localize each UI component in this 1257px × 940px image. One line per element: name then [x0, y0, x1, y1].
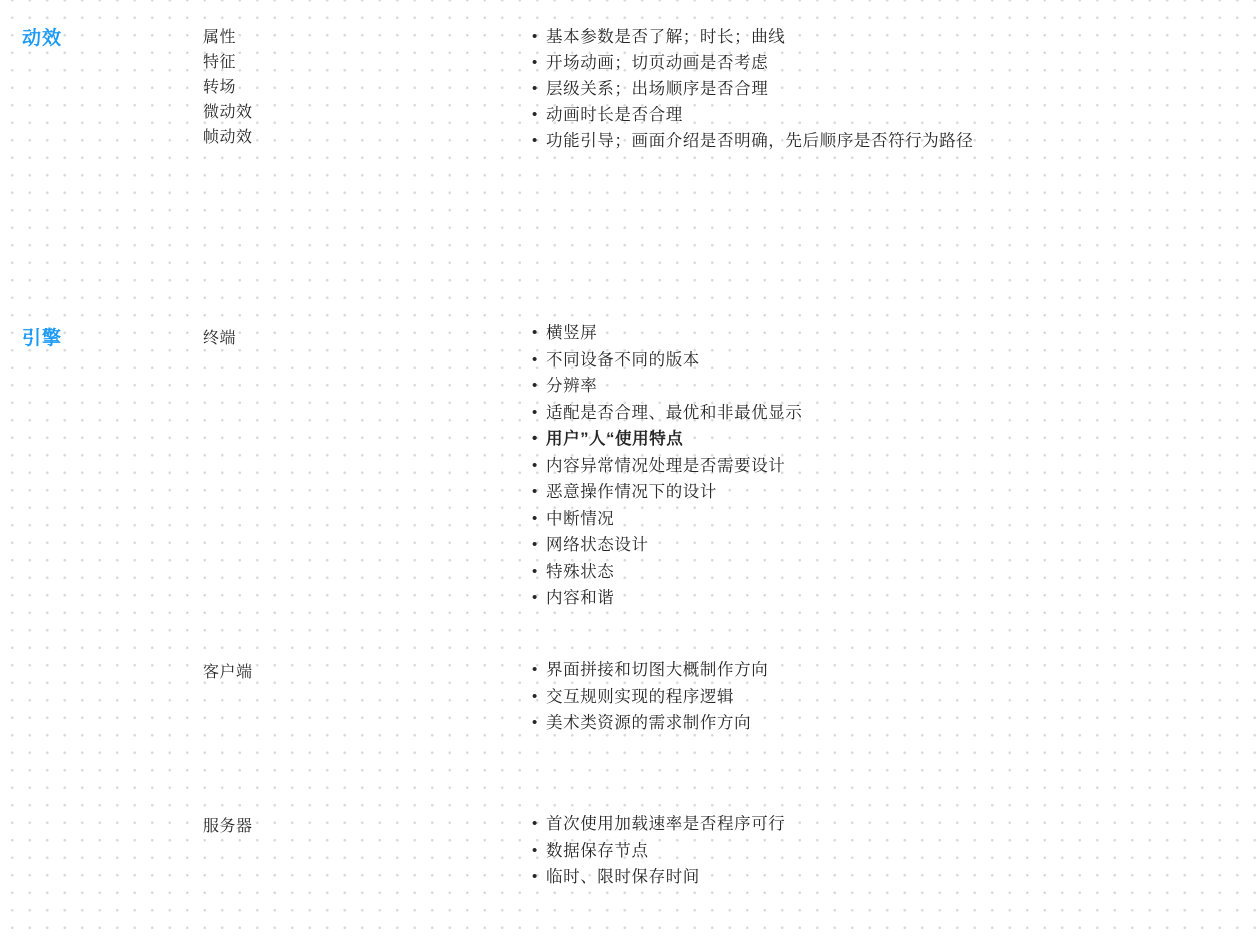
bullet-item: 开场动画；切页动画是否考虑 — [546, 50, 974, 76]
bullet-item: 内容和谐 — [546, 585, 803, 612]
server-bullet-list: 首次使用加载速率是否程序可行 数据保存节点 临时、限时保存时间 — [546, 811, 785, 891]
list-item: 微动效 — [203, 100, 253, 125]
group-label-client: 客户端 — [203, 665, 253, 681]
list-item: 属性 — [203, 25, 253, 50]
bullet-item: 内容异常情况处理是否需要设计 — [546, 453, 803, 480]
bullet-item: 功能引导；画面介绍是否明确，先后顺序是否符行为路径 — [546, 128, 974, 154]
animation-category-list: 属性 特征 转场 微动效 帧动效 — [203, 25, 253, 150]
bullet-item: 分辨率 — [546, 373, 803, 400]
bullet-item: 特殊状态 — [546, 559, 803, 586]
bullet-item: 数据保存节点 — [546, 838, 785, 865]
client-bullet-list: 界面拼接和切图大概制作方向 交互规则实现的程序逻辑 美术类资源的需求制作方向 — [546, 657, 768, 737]
bullet-item: 临时、限时保存时间 — [546, 864, 785, 891]
bullet-item: 适配是否合理、最优和非最优显示 — [546, 400, 803, 427]
bullet-item: 用户”人“使用特点 — [546, 426, 803, 453]
bullet-item: 中断情况 — [546, 506, 803, 533]
list-item: 帧动效 — [203, 125, 253, 150]
bullet-item: 界面拼接和切图大概制作方向 — [546, 657, 768, 684]
bullet-item: 美术类资源的需求制作方向 — [546, 710, 768, 737]
outline-canvas: 动效 属性 特征 转场 微动效 帧动效 基本参数是否了解；时长；曲线 开场动画；… — [0, 0, 1257, 940]
bullet-item: 动画时长是否合理 — [546, 102, 974, 128]
list-item: 转场 — [203, 75, 253, 100]
terminal-bullet-list: 横竖屏 不同设备不同的版本 分辨率 适配是否合理、最优和非最优显示 用户”人“使… — [546, 320, 803, 612]
bullet-item: 首次使用加载速率是否程序可行 — [546, 811, 785, 838]
bullet-item: 网络状态设计 — [546, 532, 803, 559]
bullet-item: 层级关系；出场顺序是否合理 — [546, 76, 974, 102]
animation-bullet-list: 基本参数是否了解；时长；曲线 开场动画；切页动画是否考虑 层级关系；出场顺序是否… — [546, 24, 974, 154]
bullet-item: 恶意操作情况下的设计 — [546, 479, 803, 506]
section-title-animation: 动效 — [22, 29, 62, 48]
bullet-item: 基本参数是否了解；时长；曲线 — [546, 24, 974, 50]
section-title-engine: 引擎 — [22, 329, 62, 348]
list-item: 特征 — [203, 50, 253, 75]
group-label-terminal: 终端 — [203, 331, 236, 347]
group-label-server: 服务器 — [203, 819, 253, 835]
bullet-item: 横竖屏 — [546, 320, 803, 347]
bullet-item: 不同设备不同的版本 — [546, 347, 803, 374]
bullet-item: 交互规则实现的程序逻辑 — [546, 684, 768, 711]
